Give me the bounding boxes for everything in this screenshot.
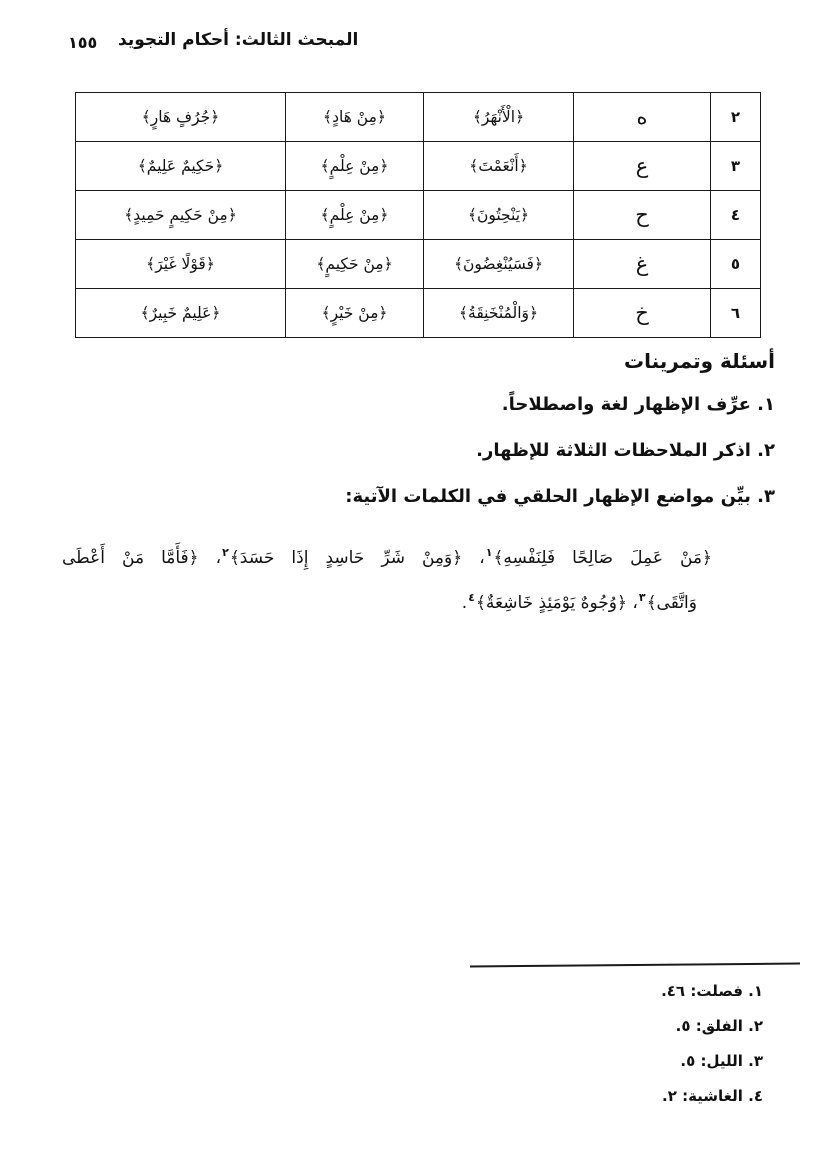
letter-cell: ح — [574, 191, 711, 240]
table-row: ٤ ح ﴿يَنْحِتُونَ﴾ ﴿مِنْ عِلْمٍ﴾ ﴿مِنْ حَ… — [76, 191, 761, 240]
example-with-tanween-cell: ﴿عَلِيمٌ خَبِيرٌ﴾ — [76, 289, 286, 338]
page-number: ١٥٥ — [68, 33, 97, 52]
letter-cell: غ — [574, 240, 711, 289]
example-with-noon-cell: ﴿مِنْ حَكِيمٍ﴾ — [286, 240, 424, 289]
letter-cell: خ — [574, 289, 711, 338]
example-with-tanween-cell: ﴿قَوْلًا غَيْرَ﴾ — [76, 240, 286, 289]
quote-text: ، ﴿وَمِنْ شَرِّ حَاسِدٍ إِذَا حَسَدَ﴾ — [230, 548, 485, 568]
exercise-item-3: ٣. بيِّن مواضع الإظهار الحلقي في الكلمات… — [345, 486, 775, 507]
footnote-3: ٣. الليل: ٥. — [661, 1044, 763, 1079]
row-number-cell: ٦ — [711, 289, 761, 338]
example-in-word-cell: ﴿فَسَيُنْغِضُونَ﴾ — [424, 240, 574, 289]
table-row: ٥ غ ﴿فَسَيُنْغِضُونَ﴾ ﴿مِنْ حَكِيمٍ﴾ ﴿قَ… — [76, 240, 761, 289]
footnote-ref-3: ٣ — [639, 591, 646, 604]
table-row: ٣ ع ﴿أَنْعَمْتَ﴾ ﴿مِنْ عِلْمٍ﴾ ﴿حَكِيمٌ … — [76, 142, 761, 191]
footnote-2: ٢. الفلق: ٥. — [661, 1009, 763, 1044]
letter-cell: ه — [574, 93, 711, 142]
letter-cell: ع — [574, 142, 711, 191]
quran-quotes-line-2: وَاتَّقَى﴾٣، ﴿وُجُوهٌ يَوْمَئِذٍ خَاشِعَ… — [462, 583, 697, 625]
row-number-cell: ٥ — [711, 240, 761, 289]
row-number-cell: ٤ — [711, 191, 761, 240]
example-in-word-cell: ﴿الْأَنْهَرُ﴾ — [424, 93, 574, 142]
example-with-noon-cell: ﴿مِنْ عِلْمٍ﴾ — [286, 191, 424, 240]
exercise-item-2: ٢. اذكر الملاحظات الثلاثة للإظهار. — [476, 440, 775, 461]
footnotes-block: ١. فصلت: ٤٦. ٢. الفلق: ٥. ٣. الليل: ٥. ٤… — [661, 974, 763, 1114]
footnote-1: ١. فصلت: ٤٦. — [661, 974, 763, 1009]
example-with-tanween-cell: ﴿جُرُفٍ هَارٍ﴾ — [76, 93, 286, 142]
example-with-noon-cell: ﴿مِنْ هَادٍ﴾ — [286, 93, 424, 142]
footnote-ref-2: ٢ — [222, 546, 229, 559]
quran-quotes-line-1: ﴿مَنْ عَمِلَ صَالِحًا فَلِنَفْسِهِ﴾١، ﴿و… — [62, 538, 712, 580]
example-with-tanween-cell: ﴿مِنْ حَكِيمٍ حَمِيدٍ﴾ — [76, 191, 286, 240]
exercises-heading: أسئلة وتمرينات — [624, 349, 775, 373]
row-number-cell: ٢ — [711, 93, 761, 142]
table-row: ٦ خ ﴿وَالْمُنْخَنِقَةُ﴾ ﴿مِنْ خَيْرٍ﴾ ﴿ع… — [76, 289, 761, 338]
quote-text: . — [462, 593, 467, 613]
footnote-separator-rule — [470, 963, 800, 968]
izhar-examples-table-wrap: ٢ ه ﴿الْأَنْهَرُ﴾ ﴿مِنْ هَادٍ﴾ ﴿جُرُفٍ ه… — [75, 92, 761, 338]
book-page: { "page": { "number": "١٥٥", "header_tit… — [0, 0, 835, 1169]
exercise-item-1: ١. عرِّف الإظهار لغة واصطلاحاً. — [502, 394, 775, 415]
quote-text: وَاتَّقَى﴾ — [647, 593, 697, 613]
table-row: ٢ ه ﴿الْأَنْهَرُ﴾ ﴿مِنْ هَادٍ﴾ ﴿جُرُفٍ ه… — [76, 93, 761, 142]
example-in-word-cell: ﴿وَالْمُنْخَنِقَةُ﴾ — [424, 289, 574, 338]
row-number-cell: ٣ — [711, 142, 761, 191]
example-in-word-cell: ﴿يَنْحِتُونَ﴾ — [424, 191, 574, 240]
example-in-word-cell: ﴿أَنْعَمْتَ﴾ — [424, 142, 574, 191]
example-with-noon-cell: ﴿مِنْ خَيْرٍ﴾ — [286, 289, 424, 338]
quote-text: ﴿مَنْ عَمِلَ صَالِحًا فَلِنَفْسِهِ﴾ — [493, 548, 712, 568]
izhar-examples-table: ٢ ه ﴿الْأَنْهَرُ﴾ ﴿مِنْ هَادٍ﴾ ﴿جُرُفٍ ه… — [75, 92, 761, 338]
quote-text: ، ﴿فَأَمَّا مَنْ أَعْطَى — [62, 548, 221, 568]
example-with-noon-cell: ﴿مِنْ عِلْمٍ﴾ — [286, 142, 424, 191]
footnote-ref-4: ٤ — [468, 591, 475, 604]
page-header-title: المبحث الثالث: أحكام التجويد — [118, 30, 358, 50]
footnote-4: ٤. الغاشية: ٢. — [661, 1079, 763, 1114]
example-with-tanween-cell: ﴿حَكِيمٌ عَلِيمٌ﴾ — [76, 142, 286, 191]
footnote-ref-1: ١ — [486, 546, 493, 559]
quote-text: ، ﴿وُجُوهٌ يَوْمَئِذٍ خَاشِعَةٌ﴾ — [476, 593, 638, 613]
